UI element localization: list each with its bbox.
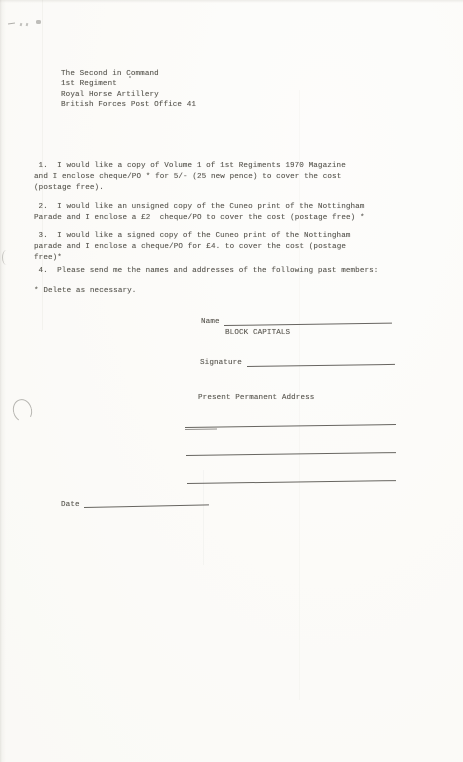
paragraph-4: 4. Please send me the names and addresse… xyxy=(34,266,378,277)
address-line: British Forces Post Office 41 xyxy=(61,100,196,110)
paragraph-line: 2. I would like an unsigned copy of the … xyxy=(34,202,365,213)
pencil-mark xyxy=(26,23,28,26)
name-field-line xyxy=(224,323,392,326)
signature-label: Signature xyxy=(200,359,242,368)
paragraph-line: parade and I enclose a cheque/PO for £4.… xyxy=(34,242,351,253)
block-capitals-hint: BLOCK CAPITALS xyxy=(225,329,290,338)
address-line: The Second in Command xyxy=(61,69,196,79)
pencil-mark xyxy=(8,23,15,25)
pencil-mark xyxy=(20,23,22,26)
paragraph-line: 4. Please send me the names and addresse… xyxy=(34,266,378,277)
pen-curve-mark xyxy=(2,250,11,265)
paper-crease xyxy=(203,470,204,565)
paragraph-line: (postage free). xyxy=(34,183,346,194)
address-field-line xyxy=(187,480,396,484)
present-address-label: Present Permanent Address xyxy=(198,394,314,403)
date-field-line xyxy=(84,504,209,508)
paragraph-line: free)* xyxy=(34,253,351,264)
name-label: Name xyxy=(201,318,220,327)
date-label: Date xyxy=(61,501,80,510)
paragraph-1: 1. I would like a copy of Volume 1 of 1s… xyxy=(34,161,346,193)
address-field-line xyxy=(186,452,396,456)
footnote: * Delete as necessary. xyxy=(34,287,136,296)
address-block: The Second in Command 1st Regiment Royal… xyxy=(61,69,196,111)
scanned-letter-page: The Second in Command 1st Regiment Royal… xyxy=(0,0,463,762)
paragraph-2: 2. I would like an unsigned copy of the … xyxy=(34,202,365,224)
pencil-mark xyxy=(36,20,41,24)
paragraph-line: Parade and I enclose a £2 cheque/PO to c… xyxy=(34,213,365,224)
paragraph-line: 1. I would like a copy of Volume 1 of 1s… xyxy=(34,161,346,172)
address-field-line xyxy=(185,424,396,428)
signature-field-line xyxy=(247,364,395,367)
paragraph-3: 3. I would like a signed copy of the Cun… xyxy=(34,231,351,263)
address-field-line-dash xyxy=(185,428,217,429)
pen-curve-mark xyxy=(10,397,34,424)
address-line: Royal Horse Artillery xyxy=(61,90,196,100)
address-line: 1st Regiment xyxy=(61,79,196,89)
paragraph-line: 3. I would like a signed copy of the Cun… xyxy=(34,231,351,242)
paragraph-line: and I enclose cheque/PO * for 5/- (25 ne… xyxy=(34,172,346,183)
